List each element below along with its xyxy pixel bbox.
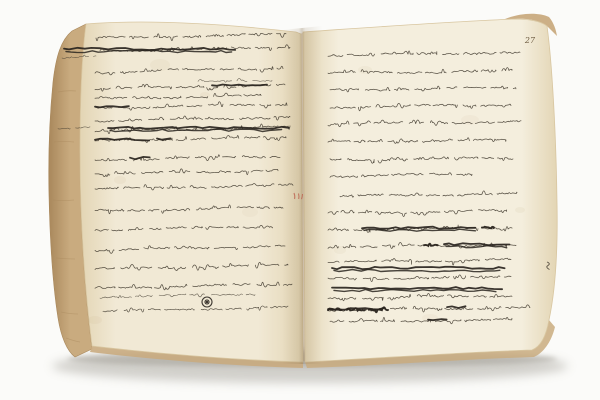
page-number: 27 — [524, 36, 536, 45]
bold-handwriting-word — [424, 244, 438, 246]
bold-handwriting-word — [482, 227, 494, 229]
foxing-spot — [515, 207, 525, 213]
foxing-spot — [242, 207, 258, 217]
manuscript-photo: 27 — [0, 0, 600, 400]
foxing-spot — [114, 176, 126, 184]
strikethrough-mark — [212, 85, 267, 86]
strikethrough-mark — [428, 319, 447, 320]
foxing-spot — [150, 59, 170, 71]
strikethrough-mark — [157, 138, 170, 139]
foxing-spot — [358, 66, 372, 74]
photo-canvas: 27 — [0, 0, 600, 400]
foxing-spot — [334, 246, 346, 254]
foxing-spot — [88, 316, 102, 324]
